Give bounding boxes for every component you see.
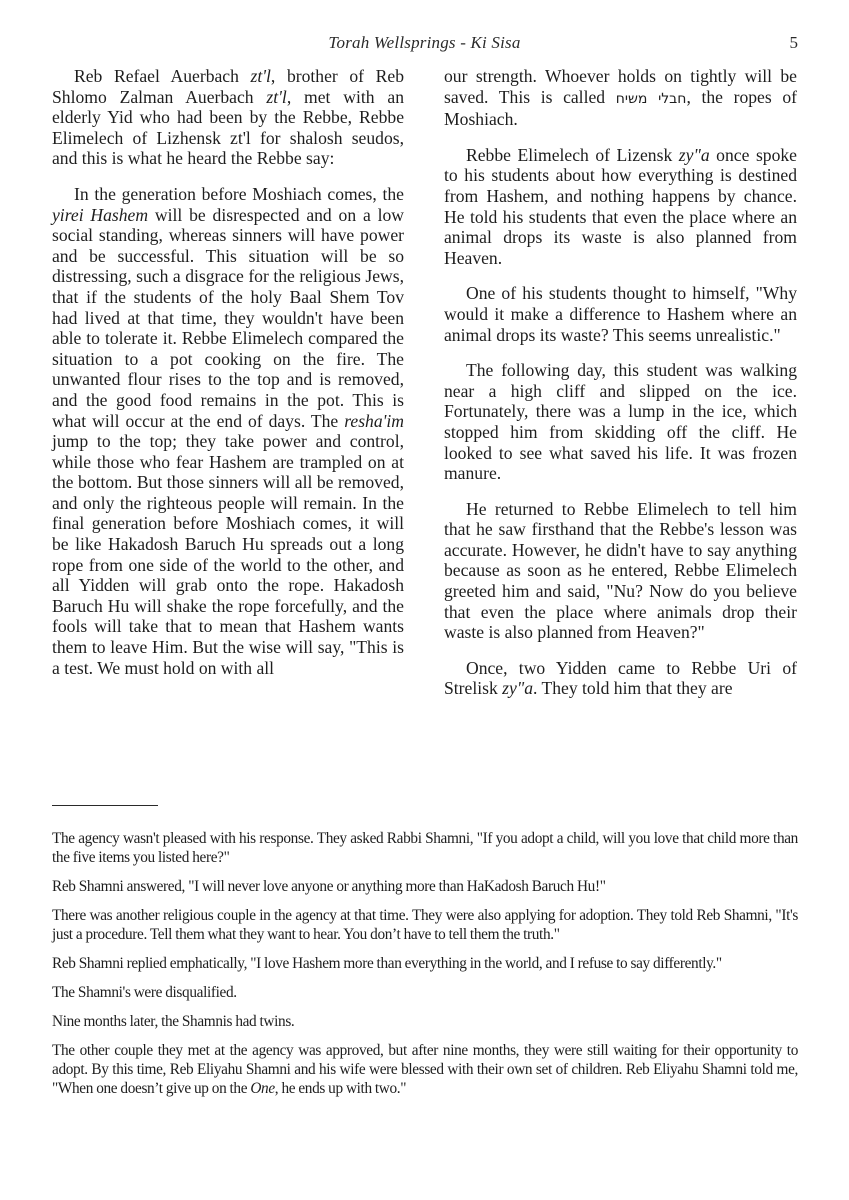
footnote-paragraph: There was another religious couple in th… bbox=[52, 906, 798, 944]
hebrew-phrase: חבלי משיח bbox=[616, 91, 687, 107]
footnote-paragraph: The other couple they met at the agency … bbox=[52, 1041, 798, 1098]
paragraph-continued: our strength. Whoever holds on tightly w… bbox=[444, 66, 797, 130]
footnote-paragraph: The Shamni's were disqualified. bbox=[52, 983, 798, 1002]
document-page: Torah Wellsprings - Ki Sisa 5 Reb Refael… bbox=[0, 0, 849, 1200]
footnote-paragraph: The agency wasn't pleased with his respo… bbox=[52, 829, 798, 867]
right-column: our strength. Whoever holds on tightly w… bbox=[444, 66, 797, 714]
footnote-paragraph: Nine months later, the Shamnis had twins… bbox=[52, 1012, 798, 1031]
paragraph: Rebbe Elimelech of Lizensk zy"a once spo… bbox=[444, 145, 797, 269]
paragraph: One of his students thought to himself, … bbox=[444, 283, 797, 345]
paragraph: Once, two Yidden came to Rebbe Uri of St… bbox=[444, 658, 797, 699]
running-title: Torah Wellsprings - Ki Sisa bbox=[0, 33, 849, 53]
footnote-paragraph: Reb Shamni replied emphatically, "I love… bbox=[52, 954, 798, 973]
running-header: Torah Wellsprings - Ki Sisa 5 bbox=[0, 33, 849, 55]
paragraph: He returned to Rebbe Elimelech to tell h… bbox=[444, 499, 797, 643]
paragraph: In the generation before Moshiach comes,… bbox=[52, 184, 404, 678]
footnote-divider bbox=[52, 805, 158, 806]
footnotes: The agency wasn't pleased with his respo… bbox=[52, 829, 798, 1108]
left-column: Reb Refael Auerbach zt'l, brother of Reb… bbox=[52, 66, 404, 693]
footnote-paragraph: Reb Shamni answered, "I will never love … bbox=[52, 877, 798, 896]
paragraph: Reb Refael Auerbach zt'l, brother of Reb… bbox=[52, 66, 404, 169]
paragraph: The following day, this student was walk… bbox=[444, 360, 797, 484]
page-number: 5 bbox=[790, 33, 799, 53]
